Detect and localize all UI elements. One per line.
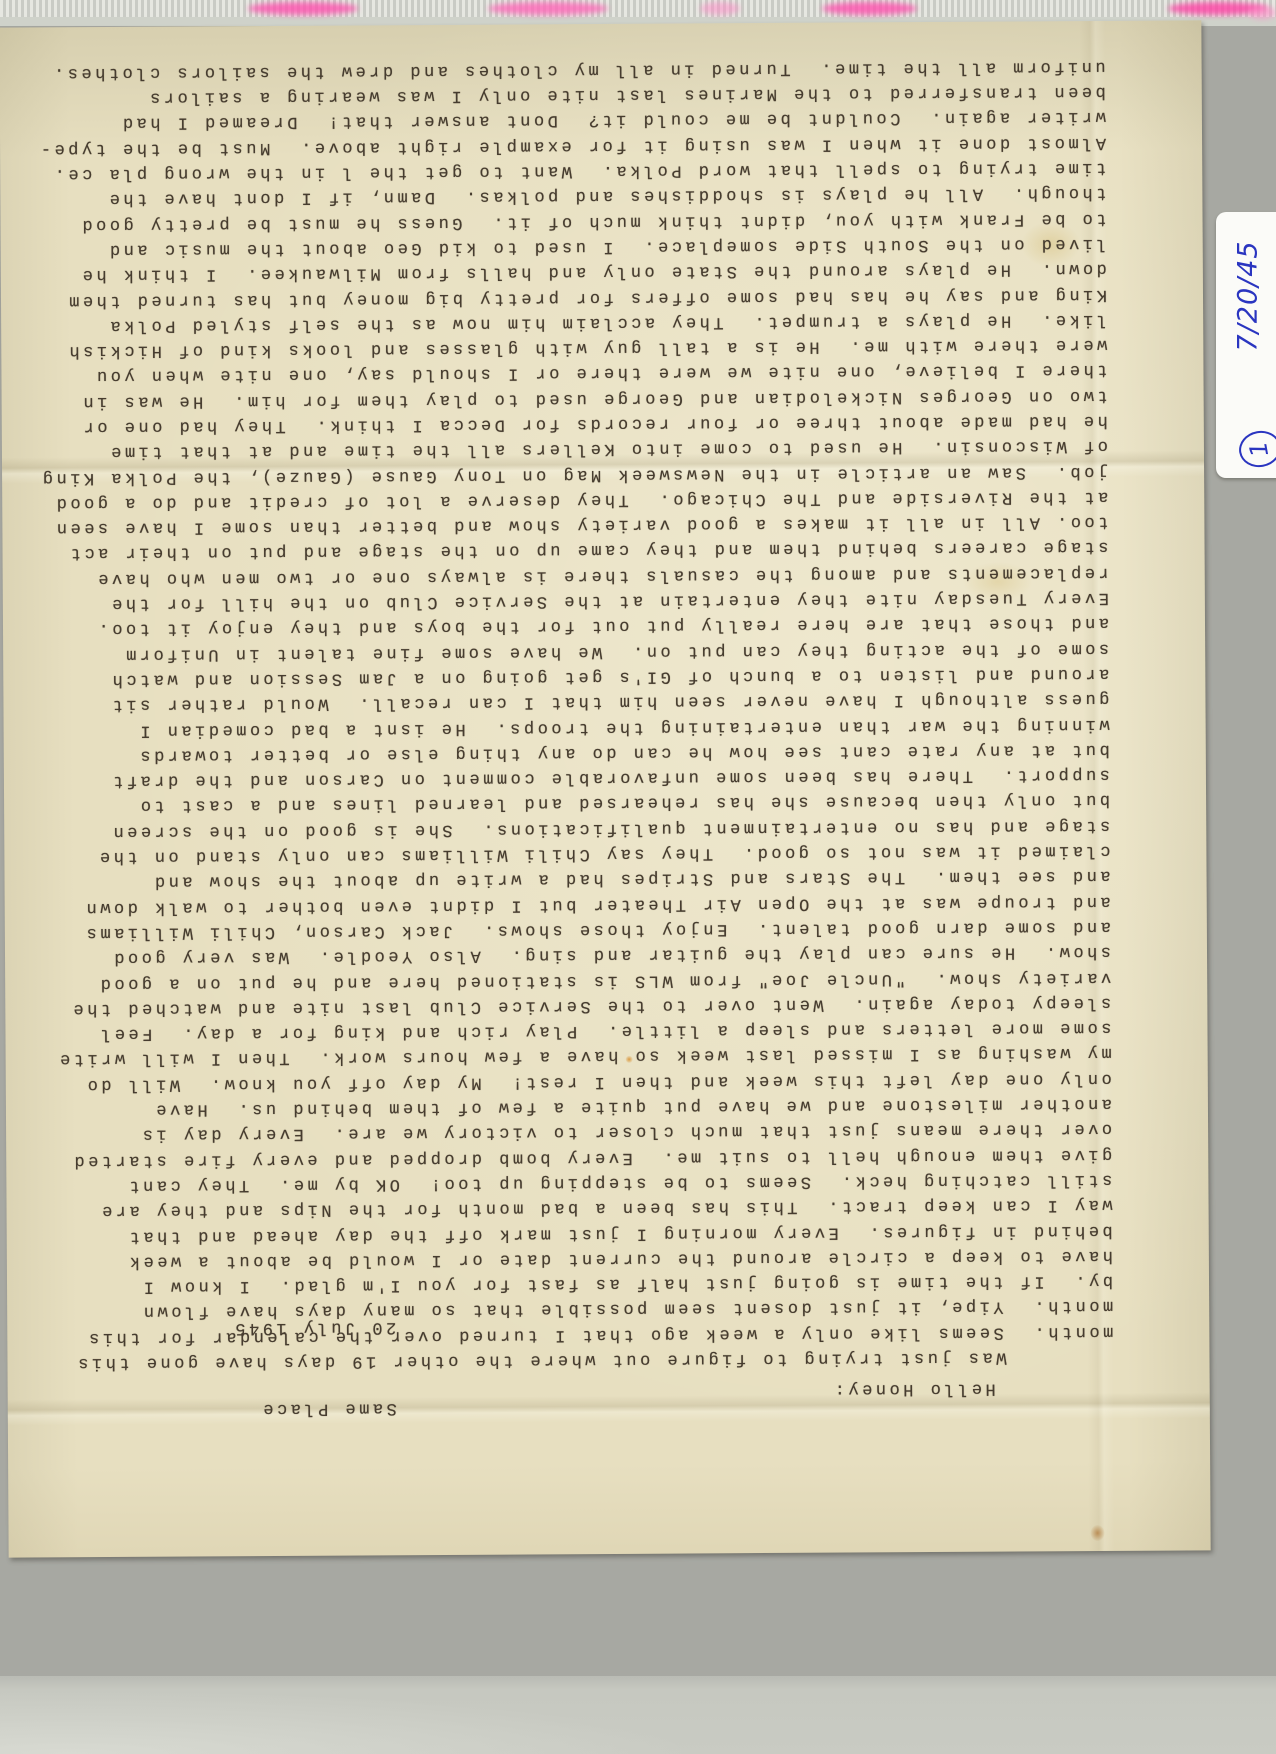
pink-smudge (248, 2, 358, 15)
archive-label: 7/20/45 1 (1216, 212, 1276, 478)
heading-place: Same Place (232, 1394, 397, 1422)
pink-smudge (700, 2, 740, 15)
pink-smudge (488, 2, 608, 15)
letter-paper: Same Place 20 July 1945 Hello Honey: Was… (0, 20, 1211, 1557)
letter-content: Same Place 20 July 1945 Hello Honey: Was… (0, 20, 1211, 1557)
label-handwritten-date: 7/20/45 (1233, 280, 1264, 352)
letter-body: Was just trying to figure out where the … (6, 53, 1114, 1375)
scanner-bed-highlight (0, 1690, 700, 1754)
label-circled-page-number: 1 (1236, 428, 1276, 471)
scanner-edge-strip (0, 0, 1276, 17)
letter-salutation: Hello Honey: (831, 1379, 996, 1399)
pink-smudge (1248, 6, 1276, 19)
pink-smudge (822, 2, 917, 15)
scanned-letter-page: Same Place 20 July 1945 Hello Honey: Was… (0, 0, 1276, 1754)
